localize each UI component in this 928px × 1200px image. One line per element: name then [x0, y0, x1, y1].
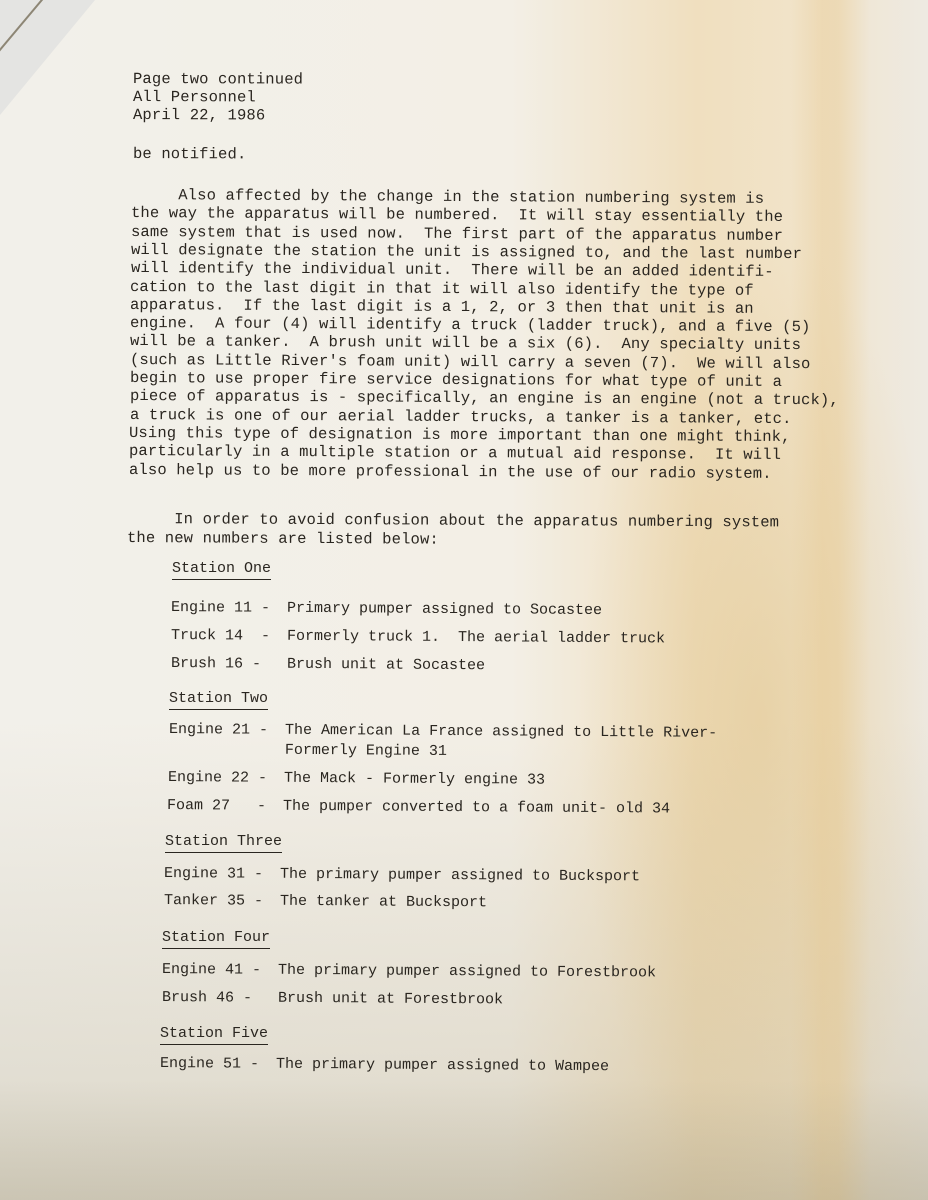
unit-row: Engine 22 -The Mack - Formerly engine 33 [168, 768, 545, 791]
unit-row: Brush 16 -Brush unit at Socastee [171, 654, 485, 676]
unit-designation: Brush 46 - [162, 988, 278, 1009]
memo-date: April 22, 1986 [133, 106, 265, 124]
page-label: Page two continued [133, 70, 303, 89]
unit-description: The primary pumper assigned to Wampee [276, 1055, 609, 1077]
unit-description: The primary pumper assigned to Bucksport [280, 865, 640, 888]
unit-description-line: Primary pumper assigned to Socastee [287, 599, 602, 621]
unit-description-line: The primary pumper assigned to Bucksport [280, 865, 640, 888]
unit-designation: Engine 11 - [171, 598, 287, 619]
unit-description-line: Formerly Engine 31 [285, 741, 717, 764]
unit-description: Brush unit at Forestbrook [278, 989, 503, 1011]
unit-row: Engine 41 -The primary pumper assigned t… [162, 960, 656, 983]
station-heading: Station Three [165, 833, 282, 853]
paragraph-line: In order to avoid confusion about the ap… [127, 510, 779, 531]
unit-row: Engine 51 -The primary pumper assigned t… [160, 1054, 609, 1077]
unit-description: The Mack - Formerly engine 33 [284, 769, 545, 791]
unit-description: The tanker at Bucksport [280, 892, 487, 913]
unit-designation: Engine 41 - [162, 960, 278, 981]
unit-designation: Truck 14 - [171, 626, 287, 647]
unit-designation: Engine 31 - [164, 864, 280, 885]
opening-fragment: be notified. [133, 145, 246, 163]
unit-designation: Engine 51 - [160, 1054, 276, 1075]
unit-description-line: Formerly truck 1. The aerial ladder truc… [287, 627, 665, 650]
station-heading: Station Two [169, 690, 268, 710]
recipient: All Personnel [133, 88, 256, 106]
unit-description: Brush unit at Socastee [287, 655, 485, 676]
unit-description-line: The primary pumper assigned to Forestbro… [278, 961, 656, 984]
unit-row: Engine 21 -The American La France assign… [169, 720, 717, 764]
station-heading: Station One [172, 560, 271, 580]
unit-description-line: The pumper converted to a foam unit- old… [283, 797, 670, 820]
unit-designation: Tanker 35 - [164, 891, 280, 912]
station-heading: Station Four [162, 929, 270, 949]
station-heading: Station Five [160, 1025, 268, 1045]
unit-row: Tanker 35 -The tanker at Bucksport [164, 891, 487, 913]
underlying-sheet-corner [0, 0, 95, 115]
unit-description: The American La France assigned to Littl… [285, 721, 717, 764]
unit-description: Primary pumper assigned to Socastee [287, 599, 602, 621]
unit-description: Formerly truck 1. The aerial ladder truc… [287, 627, 665, 650]
unit-row: Truck 14 -Formerly truck 1. The aerial l… [171, 626, 665, 649]
paragraph-line: the new numbers are listed below: [127, 529, 439, 549]
unit-description-line: Brush unit at Forestbrook [278, 989, 503, 1011]
unit-description-line: Brush unit at Socastee [287, 655, 485, 676]
unit-description: The pumper converted to a foam unit- old… [283, 797, 670, 820]
unit-row: Engine 11 -Primary pumper assigned to So… [171, 598, 602, 621]
unit-row: Brush 46 -Brush unit at Forestbrook [162, 988, 503, 1010]
unit-designation: Foam 27 - [167, 796, 283, 817]
unit-designation: Engine 21 - [169, 720, 285, 741]
unit-description: The primary pumper assigned to Forestbro… [278, 961, 656, 984]
paper-shadow [0, 1080, 928, 1200]
unit-row: Engine 31 -The primary pumper assigned t… [164, 864, 640, 887]
unit-description-line: The Mack - Formerly engine 33 [284, 769, 545, 791]
unit-description-line: The tanker at Bucksport [280, 892, 487, 913]
unit-designation: Brush 16 - [171, 654, 287, 675]
unit-designation: Engine 22 - [168, 768, 284, 789]
unit-description-line: The primary pumper assigned to Wampee [276, 1055, 609, 1077]
unit-row: Foam 27 -The pumper converted to a foam … [167, 796, 670, 820]
paper-stain [790, 0, 870, 1200]
paragraph-line: also help us to be more professional in … [129, 461, 772, 483]
